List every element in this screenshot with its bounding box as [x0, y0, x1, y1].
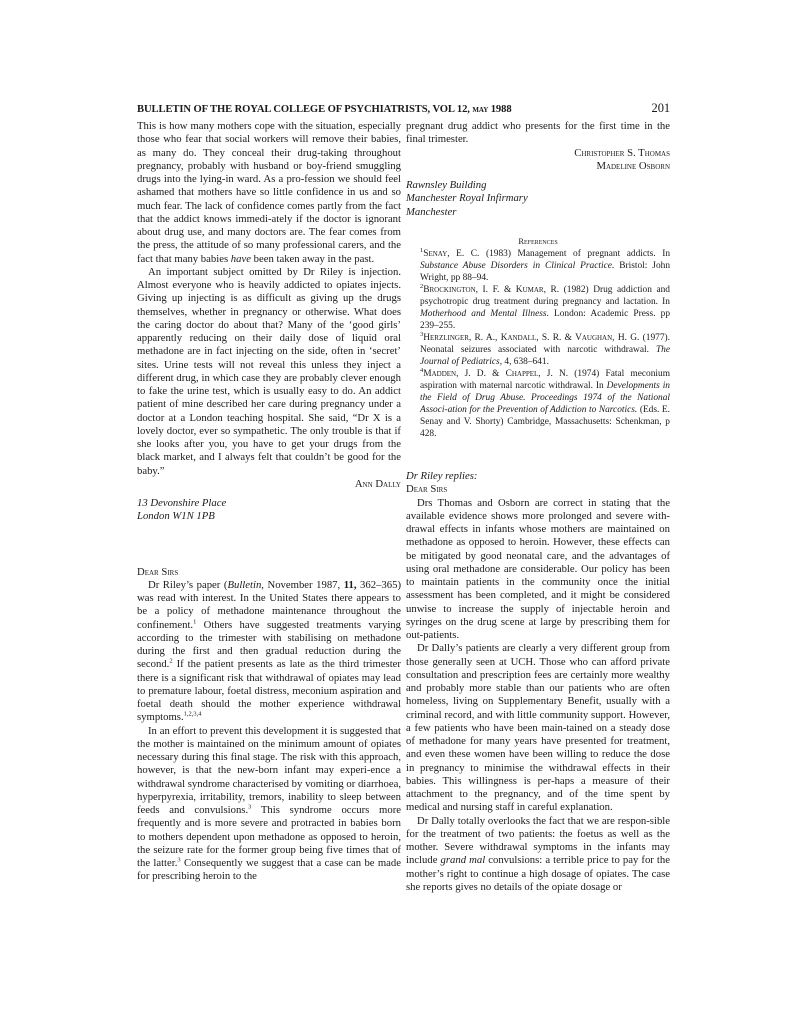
volume-number: 12, [457, 104, 470, 115]
journal-page: BULLETIN OF THE ROYAL COLLEGE OF PSYCHIA… [137, 101, 670, 894]
letter2-paragraph-2: In an effort to prevent this development… [137, 725, 401, 884]
reply-paragraph-3: Dr Dally totally overlooks the fact that… [406, 815, 670, 895]
salutation: Dear Sirs [406, 483, 670, 496]
reference-item: 1Senay, E. C. (1983) Management of pregn… [406, 248, 670, 284]
reference-item: 2Brockington, I. F. & Kumar, R. (1982) D… [406, 284, 670, 332]
reference-item: 3Herzlinger, R. A., Kandall, S. R. & Vau… [406, 332, 670, 368]
address-line: 13 Devonshire Place [137, 497, 401, 510]
reference-list: 1Senay, E. C. (1983) Management of pregn… [406, 248, 670, 440]
reply-heading: Dr Riley replies: [406, 470, 670, 483]
page-number: 201 [652, 101, 670, 116]
letter2-paragraph-1: Dr Riley’s paper (Bulletin, November 198… [137, 579, 401, 725]
salutation: Dear Sirs [137, 566, 401, 579]
issue-month: MAY [472, 104, 488, 115]
letter2-continuation: pregnant drug addict who presents for th… [406, 120, 670, 147]
issue-year: 1988 [491, 104, 512, 115]
two-column-body: This is how many mothers cope with the s… [137, 120, 670, 894]
journal-title: BULLETIN OF THE ROYAL COLLEGE OF PSYCHIA… [137, 104, 512, 115]
running-header: BULLETIN OF THE ROYAL COLLEGE OF PSYCHIA… [137, 101, 670, 116]
address-line: Rawnsley Building [406, 179, 670, 192]
reply-paragraph-1: Drs Thomas and Osborn are correct in sta… [406, 497, 670, 643]
address-line: Manchester [406, 206, 670, 219]
address-line: London W1N 1PB [137, 510, 401, 523]
references-heading: References [406, 235, 670, 248]
left-column: This is how many mothers cope with the s… [137, 120, 401, 894]
journal-name: BULLETIN OF THE ROYAL COLLEGE OF PSYCHIA… [137, 104, 454, 115]
right-column: pregnant drug addict who presents for th… [406, 120, 670, 894]
signature-thomas: Christopher S. Thomas [406, 147, 670, 160]
address-line: Manchester Royal Infirmary [406, 192, 670, 205]
letter1-paragraph-2: An important subject omitted by Dr Riley… [137, 266, 401, 478]
letter1-paragraph-1: This is how many mothers cope with the s… [137, 120, 401, 266]
reply-paragraph-2: Dr Dally’s patients are clearly a very d… [406, 642, 670, 814]
signature-ann-dally: Ann Dally [137, 478, 401, 491]
signature-osborn: Madeline Osborn [406, 160, 670, 173]
reference-item: 4Madden, J. D. & Chappel, J. N. (1974) F… [406, 368, 670, 440]
